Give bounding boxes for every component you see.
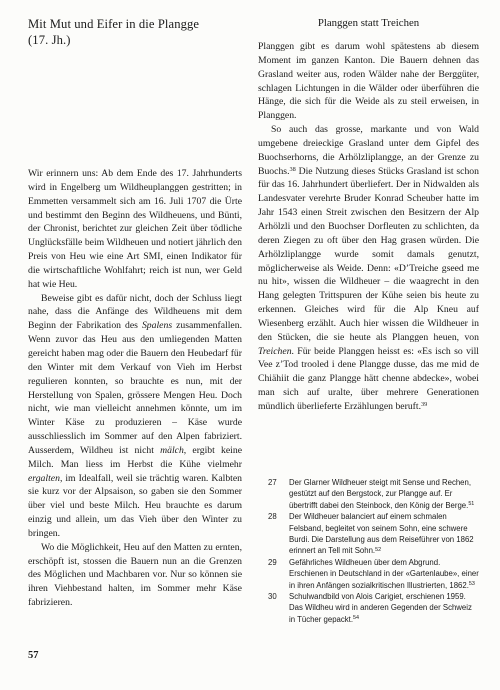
footnote-text: Der Wildheuer balanciert auf einem schma… [289, 511, 479, 557]
paragraph: Beweise gibt es dafür nicht, doch der Sc… [28, 292, 242, 541]
footnote-text: Schulwandbild von Alois Carigiet, erschi… [289, 591, 479, 625]
paragraph: Planggen gibt es darum wohl spätestens a… [258, 40, 479, 123]
footnote-ref: 52 [375, 547, 381, 553]
footnote-item: 28Der Wildheuer balanciert auf einem sch… [258, 511, 479, 557]
footnote-number: 28 [268, 511, 289, 522]
section-header: Planggen statt Treichen [258, 17, 479, 30]
text-run: mälch [160, 445, 184, 456]
footnote-ref: 54 [353, 615, 359, 621]
footnote-ref: 38 [289, 166, 295, 173]
chapter-title-line1: Mit Mut und Eifer in die Plangge [28, 17, 242, 33]
left-column: Mit Mut und Eifer in die Plangge (17. Jh… [28, 17, 242, 48]
text-run: Wo die Möglichkeit, Heu auf den Matten z… [28, 542, 242, 608]
text-run: Die Nutzung dieses Stücks Grasland ist s… [258, 166, 479, 343]
footnote-item: 30Schulwandbild von Alois Carigiet, ersc… [258, 591, 479, 625]
footnote-number: 29 [268, 557, 289, 568]
text-run: zusammenfallen. Wenn zuvor das Heu aus d… [28, 320, 242, 456]
text-run: Der Glarner Wildheuer steigt mit Sense u… [289, 478, 471, 510]
paragraph: Wo die Möglichkeit, Heu auf den Matten z… [28, 541, 242, 610]
text-run: ergalten [28, 473, 60, 484]
text-run: Spalens [142, 320, 172, 331]
page-number: 57 [28, 650, 39, 661]
text-run: Schulwandbild von Alois Carigiet, erschi… [289, 592, 472, 624]
footnote-number: 30 [268, 591, 289, 602]
text-run: Treichen [258, 346, 292, 357]
text-run: Gefährliches Wildheuen über dem Abgrund.… [289, 558, 479, 590]
right-column-body: Planggen gibt es darum wohl spätestens a… [258, 40, 479, 414]
footnote-text: Der Glarner Wildheuer steigt mit Sense u… [289, 477, 479, 511]
footnote-number: 27 [268, 477, 289, 488]
footnote-ref: 39 [421, 401, 427, 408]
footnote-ref: 51 [468, 501, 474, 507]
text-run: , im Idealfall, weil sie trächtig waren.… [28, 473, 242, 539]
footnote-item: 27Der Glarner Wildheuer steigt mit Sense… [258, 477, 479, 511]
text-run: Der Wildheuer balanciert auf einem schma… [289, 512, 474, 555]
paragraph: Wir erinnern uns: Ab dem Ende des 17. Ja… [28, 167, 242, 292]
footnote-text: Gefährliches Wildheuen über dem Abgrund.… [289, 557, 479, 591]
text-run: Wir erinnern uns: Ab dem Ende des 17. Ja… [28, 168, 242, 290]
right-column: Planggen statt Treichen Planggen gibt es… [258, 17, 479, 414]
paragraph: So auch das grosse, markante und von Wal… [258, 123, 479, 414]
chapter-title-line2: (17. Jh.) [28, 33, 242, 49]
footnotes-block: 27Der Glarner Wildheuer steigt mit Sense… [258, 477, 479, 625]
left-column-body: Wir erinnern uns: Ab dem Ende des 17. Ja… [28, 167, 242, 610]
footnote-ref: 53 [469, 581, 475, 587]
footnote-item: 29Gefährliches Wildheuen über dem Abgrun… [258, 557, 479, 591]
text-run: . Für beide Planggen heisst es: «Es isch… [258, 346, 479, 412]
text-run: Planggen gibt es darum wohl spätestens a… [258, 41, 479, 121]
book-page: Mit Mut und Eifer in die Plangge (17. Jh… [0, 0, 500, 690]
